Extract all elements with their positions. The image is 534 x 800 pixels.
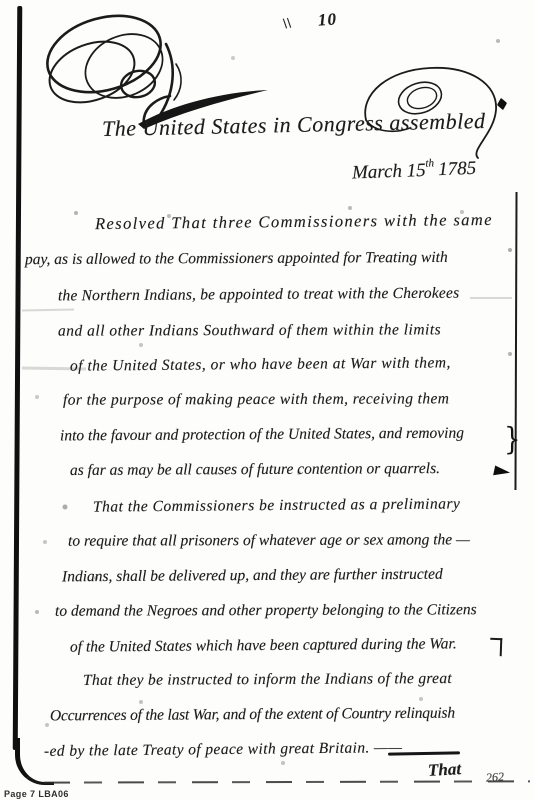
scan-bottom-border [44, 780, 530, 783]
body-line: Indians, shall be delivered up, and they… [62, 566, 443, 587]
date-ordinal: th [425, 157, 434, 169]
body-line: to demand the Negroes and other property… [55, 601, 477, 620]
ditto-tick-mark: \\ [282, 15, 293, 33]
body-line: into the favour and protection of the Un… [60, 425, 464, 446]
catchword: That [427, 759, 461, 781]
body-line: for the purpose of making peace with the… [63, 390, 449, 409]
scan-noise-speckles [0, 0, 2, 2]
body-line: Resolved That three Commissioners with t… [95, 210, 493, 234]
body-line: Occurrences of the last War, and of the … [50, 705, 455, 726]
page-number: 10 [317, 9, 337, 30]
folio-corner-note: 262 [485, 769, 504, 785]
body-line: as far as may be all causes of future co… [70, 460, 440, 480]
body-line: of the United States, or who have been a… [70, 354, 451, 375]
body-line: pay, as is allowed to the Commissioners … [25, 249, 448, 269]
scan-left-border [13, 6, 23, 750]
margin-bracket-mark: } [504, 422, 521, 458]
paragraph-end-flourish [493, 465, 511, 478]
date-day: March 15 [352, 160, 426, 184]
body-line: That the Commissioners be instructed as … [93, 495, 461, 516]
paper-crease [22, 309, 74, 312]
date-year: 1785 [438, 158, 477, 180]
body-line: of the United States which have been cap… [70, 635, 457, 656]
body-line: That they be instructed to inform the In… [83, 670, 452, 690]
document-date: March 15th1785 [352, 158, 477, 185]
manuscript-page: } \\ 10 By decorative spiral flourish Th… [0, 0, 534, 800]
body-line: and all other Indians Southward of them … [58, 321, 441, 340]
body-line: -ed by the late Treaty of peace with gre… [44, 739, 403, 761]
paper-crease [470, 297, 512, 299]
body-line: to require that all prisoners of whateve… [68, 531, 470, 550]
scan-footer-label: Page 7 LBA06 [4, 789, 69, 799]
margin-corner-bracket [490, 638, 503, 656]
body-line: the Northern Indians, be appointed to tr… [58, 285, 459, 306]
